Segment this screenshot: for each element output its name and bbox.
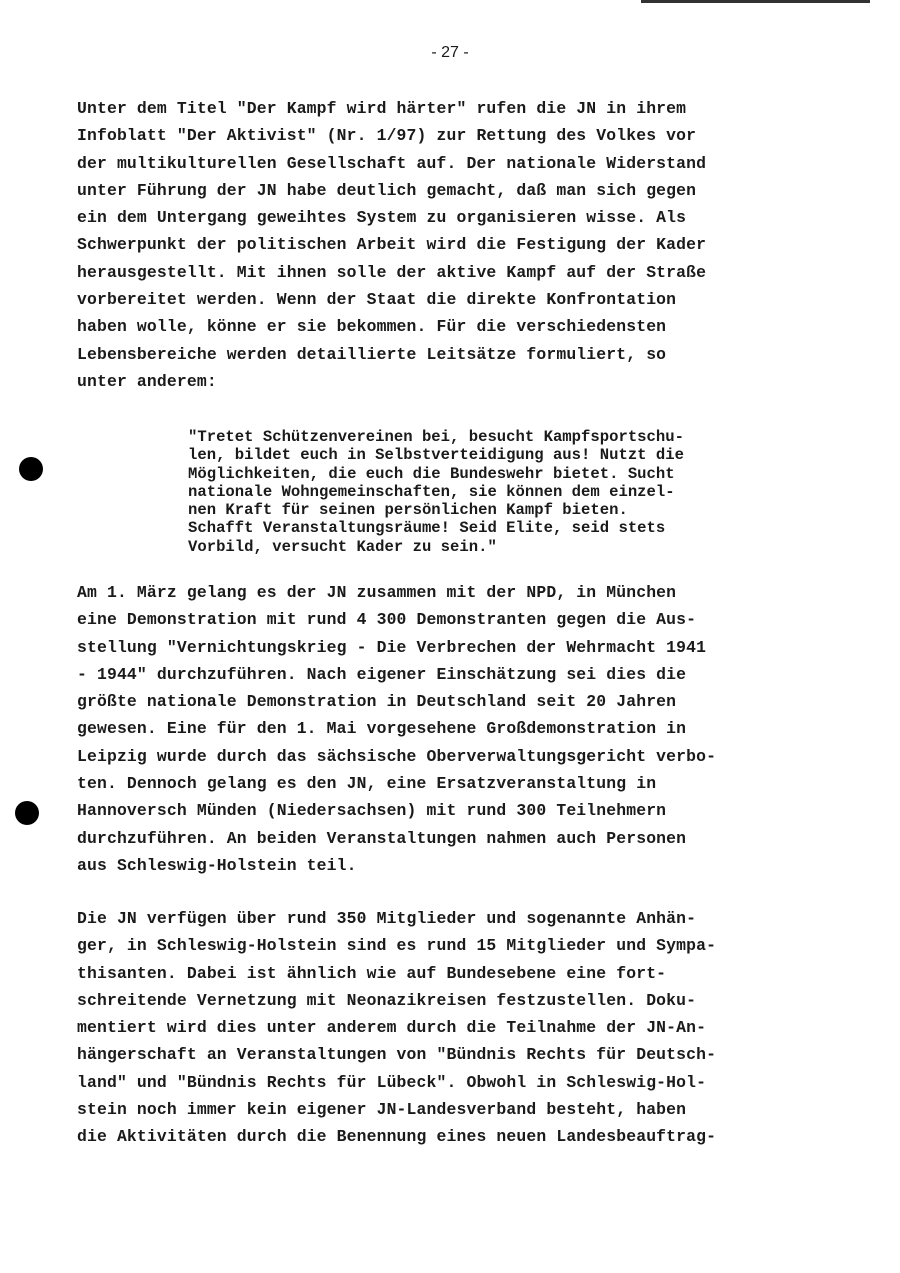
text-line: thisanten. Dabei ist ähnlich wie auf Bun… bbox=[77, 960, 837, 987]
text-line: Schwerpunkt der politischen Arbeit wird … bbox=[77, 231, 837, 258]
text-line: "Tretet Schützenvereinen bei, besucht Ka… bbox=[188, 428, 788, 446]
text-line: Infoblatt "Der Aktivist" (Nr. 1/97) zur … bbox=[77, 122, 837, 149]
scan-edge-bar bbox=[641, 0, 870, 3]
block-quote-leitsaetze: "Tretet Schützenvereinen bei, besucht Ka… bbox=[188, 428, 788, 556]
text-line: unter anderem: bbox=[77, 368, 837, 395]
text-line: nen Kraft für seinen persönlichen Kampf … bbox=[188, 501, 788, 519]
text-line: nationale Wohngemeinschaften, sie können… bbox=[188, 483, 788, 501]
text-line: größte nationale Demonstration in Deutsc… bbox=[77, 688, 837, 715]
paragraph-mitglieder-schleswig-holstein: Die JN verfügen über rund 350 Mitglieder… bbox=[77, 905, 837, 1151]
text-line: ten. Dennoch gelang es den JN, eine Ersa… bbox=[77, 770, 837, 797]
text-line: Die JN verfügen über rund 350 Mitglieder… bbox=[77, 905, 837, 932]
text-line: die Aktivitäten durch die Benennung eine… bbox=[77, 1123, 837, 1150]
text-line: Hannoversch Münden (Niedersachsen) mit r… bbox=[77, 797, 837, 824]
text-line: der multikulturellen Gesellschaft auf. D… bbox=[77, 150, 837, 177]
text-line: ger, in Schleswig-Holstein sind es rund … bbox=[77, 932, 837, 959]
text-line: Vorbild, versucht Kader zu sein." bbox=[188, 538, 788, 556]
text-line: Möglichkeiten, die euch die Bundeswehr b… bbox=[188, 465, 788, 483]
text-line: Unter dem Titel "Der Kampf wird härter" … bbox=[77, 95, 837, 122]
text-line: mentiert wird dies unter anderem durch d… bbox=[77, 1014, 837, 1041]
text-line: Lebensbereiche werden detaillierte Leits… bbox=[77, 341, 837, 368]
text-line: vorbereitet werden. Wenn der Staat die d… bbox=[77, 286, 837, 313]
text-line: Leipzig wurde durch das sächsische Oberv… bbox=[77, 743, 837, 770]
punch-hole-lower bbox=[15, 801, 39, 825]
paragraph-demonstration-muenchen: Am 1. März gelang es der JN zusammen mit… bbox=[77, 579, 837, 879]
text-line: gewesen. Eine für den 1. Mai vorgesehene… bbox=[77, 715, 837, 742]
text-line: durchzuführen. An beiden Veranstaltungen… bbox=[77, 825, 837, 852]
text-line: - 1944" durchzuführen. Nach eigener Eins… bbox=[77, 661, 837, 688]
text-line: land" und "Bündnis Rechts für Lübeck". O… bbox=[77, 1069, 837, 1096]
text-line: Am 1. März gelang es der JN zusammen mit… bbox=[77, 579, 837, 606]
text-line: schreitende Vernetzung mit Neonazikreise… bbox=[77, 987, 837, 1014]
text-line: hängerschaft an Veranstaltungen von "Bün… bbox=[77, 1041, 837, 1068]
page-number: - 27 - bbox=[0, 44, 900, 62]
text-line: len, bildet euch in Selbstverteidigung a… bbox=[188, 446, 788, 464]
text-line: unter Führung der JN habe deutlich gemac… bbox=[77, 177, 837, 204]
paragraph-kampf-wird-haerter: Unter dem Titel "Der Kampf wird härter" … bbox=[77, 95, 837, 395]
text-line: stein noch immer kein eigener JN-Landesv… bbox=[77, 1096, 837, 1123]
text-line: Schafft Veranstaltungsräume! Seid Elite,… bbox=[188, 519, 788, 537]
text-line: eine Demonstration mit rund 4 300 Demons… bbox=[77, 606, 837, 633]
text-line: haben wolle, könne er sie bekommen. Für … bbox=[77, 313, 837, 340]
text-line: herausgestellt. Mit ihnen solle der akti… bbox=[77, 259, 837, 286]
text-line: ein dem Untergang geweihtes System zu or… bbox=[77, 204, 837, 231]
punch-hole-upper bbox=[19, 457, 43, 481]
text-line: aus Schleswig-Holstein teil. bbox=[77, 852, 837, 879]
text-line: stellung "Vernichtungskrieg - Die Verbre… bbox=[77, 634, 837, 661]
